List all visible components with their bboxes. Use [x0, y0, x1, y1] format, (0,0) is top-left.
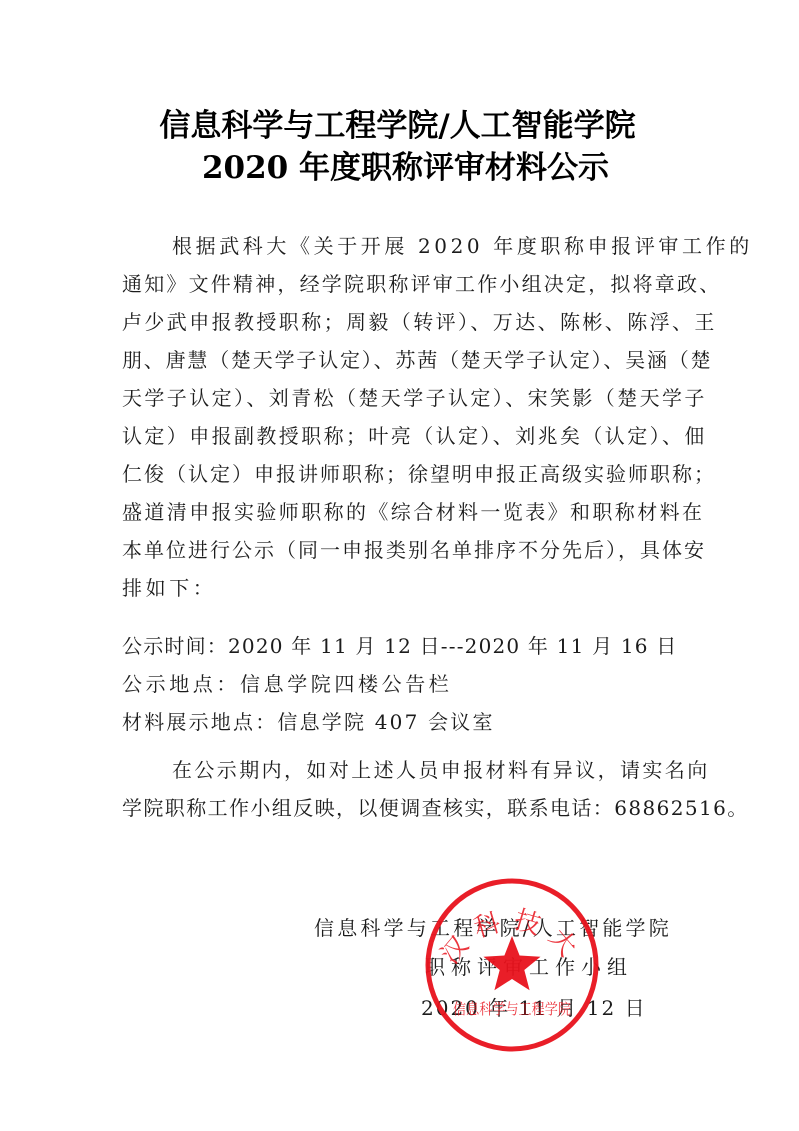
document-title-line1: 信息科学与工程学院/人工智能学院 [0, 100, 797, 145]
publicity-location: 公示地点：信息学院四楼公告栏 [122, 670, 682, 698]
body-line: 排如下： [122, 574, 682, 602]
body-line: 仁俊（认定）申报讲师职称；徐望明申报正高级实验师职称； [122, 460, 682, 488]
body-line: 盛道清申报实验师职称的《综合材料一览表》和职称材料在 [122, 498, 682, 526]
body-line: 卢少武申报教授职称；周毅（转评）、万达、陈彬、陈浮、王 [122, 308, 682, 336]
body-line: 朋、唐慧（楚天学子认定）、苏茜（楚天学子认定）、吴涵（楚 [122, 346, 682, 374]
materials-location: 材料展示地点：信息学院 407 会议室 [122, 708, 682, 736]
signature-org: 信息科学与工程学院/人工智能学院 [314, 914, 672, 942]
signature-committee: 职称评审工作小组 [425, 953, 633, 981]
signature-date: 2020 年 11 月 12 日 [421, 994, 647, 1022]
body-line: 根据武科大《关于开展 2020 年度职称申报评审工作的 [172, 232, 682, 260]
document-page: 信息科学与工程学院/人工智能学院 2020 年度职称评审材料公示 根据武科大《关… [0, 0, 799, 1131]
document-title-line2: 2020 年度职称评审材料公示 [6, 142, 799, 187]
objection-line: 在公示期内，如对上述人员申报材料有异议，请实名向 [172, 756, 682, 784]
body-line: 通知》文件精神，经学院职称评审工作小组决定，拟将章政、 [122, 270, 682, 298]
body-line: 天学子认定）、刘青松（楚天学子认定）、宋笑影（楚天学子 [122, 384, 682, 412]
publicity-time: 公示时间：2020 年 11 月 12 日---2020 年 11 月 16 日 [122, 632, 682, 660]
body-line: 本单位进行公示（同一申报类别名单排序不分先后），具体安 [122, 536, 682, 564]
objection-line: 学院职称工作小组反映，以便调查核实，联系电话：68862516。 [122, 794, 682, 822]
body-line: 认定）申报副教授职称；叶亮（认定）、刘兆矣（认定）、佃 [122, 422, 682, 450]
